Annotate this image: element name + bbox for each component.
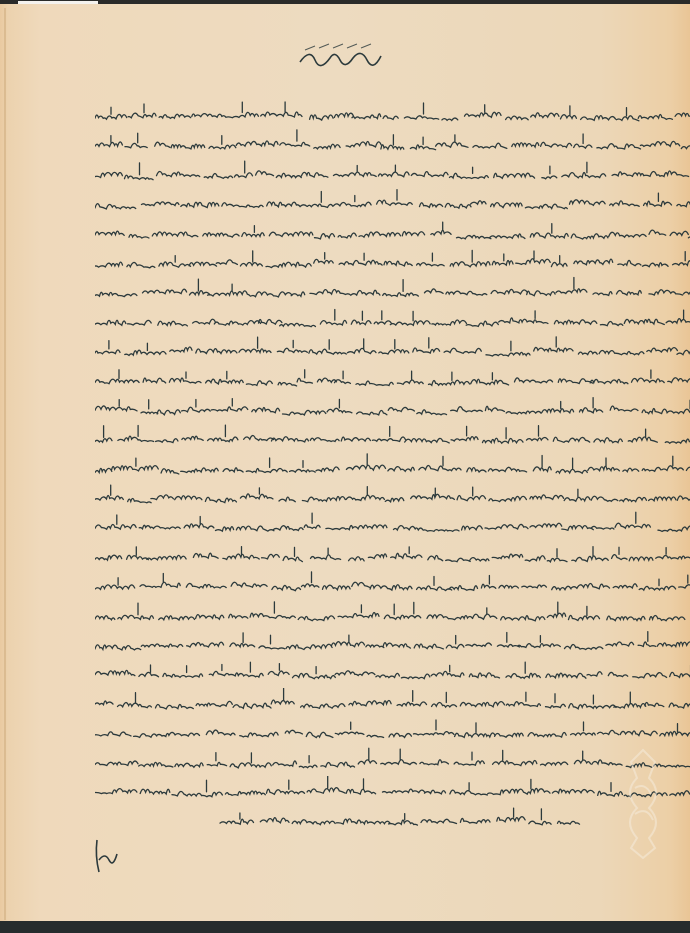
page-spine-edge: [4, 8, 6, 920]
manuscript-line: [95, 776, 690, 805]
manuscript-line: [95, 600, 690, 629]
manuscript-line: [95, 453, 690, 482]
manuscript-line: [95, 423, 690, 452]
basmala-header: [295, 38, 385, 68]
manuscript-line: [95, 570, 690, 599]
manuscript-text-body: [95, 100, 690, 835]
manuscript-line: [95, 541, 690, 570]
margin-catchword: [93, 838, 119, 876]
manuscript-line: [95, 805, 690, 834]
manuscript-line: [95, 717, 690, 746]
manuscript-line: [95, 247, 690, 276]
manuscript-line: [95, 159, 690, 188]
manuscript-line: [95, 100, 690, 129]
embossed-seal-watermark: [615, 748, 671, 860]
manuscript-line: [95, 306, 690, 335]
manuscript-line: [95, 482, 690, 511]
manuscript-line: [95, 688, 690, 717]
manuscript-line: [95, 276, 690, 305]
manuscript-line: [95, 629, 690, 658]
scan-bottom-edge: [0, 921, 690, 933]
manuscript-line: [95, 188, 690, 217]
manuscript-line: [95, 658, 690, 687]
manuscript-line: [95, 747, 690, 776]
manuscript-line: [95, 365, 690, 394]
manuscript-line: [95, 129, 690, 158]
manuscript-line: [95, 335, 690, 364]
manuscript-line: [95, 394, 690, 423]
manuscript-line: [95, 511, 690, 540]
manuscript-line: [95, 218, 690, 247]
